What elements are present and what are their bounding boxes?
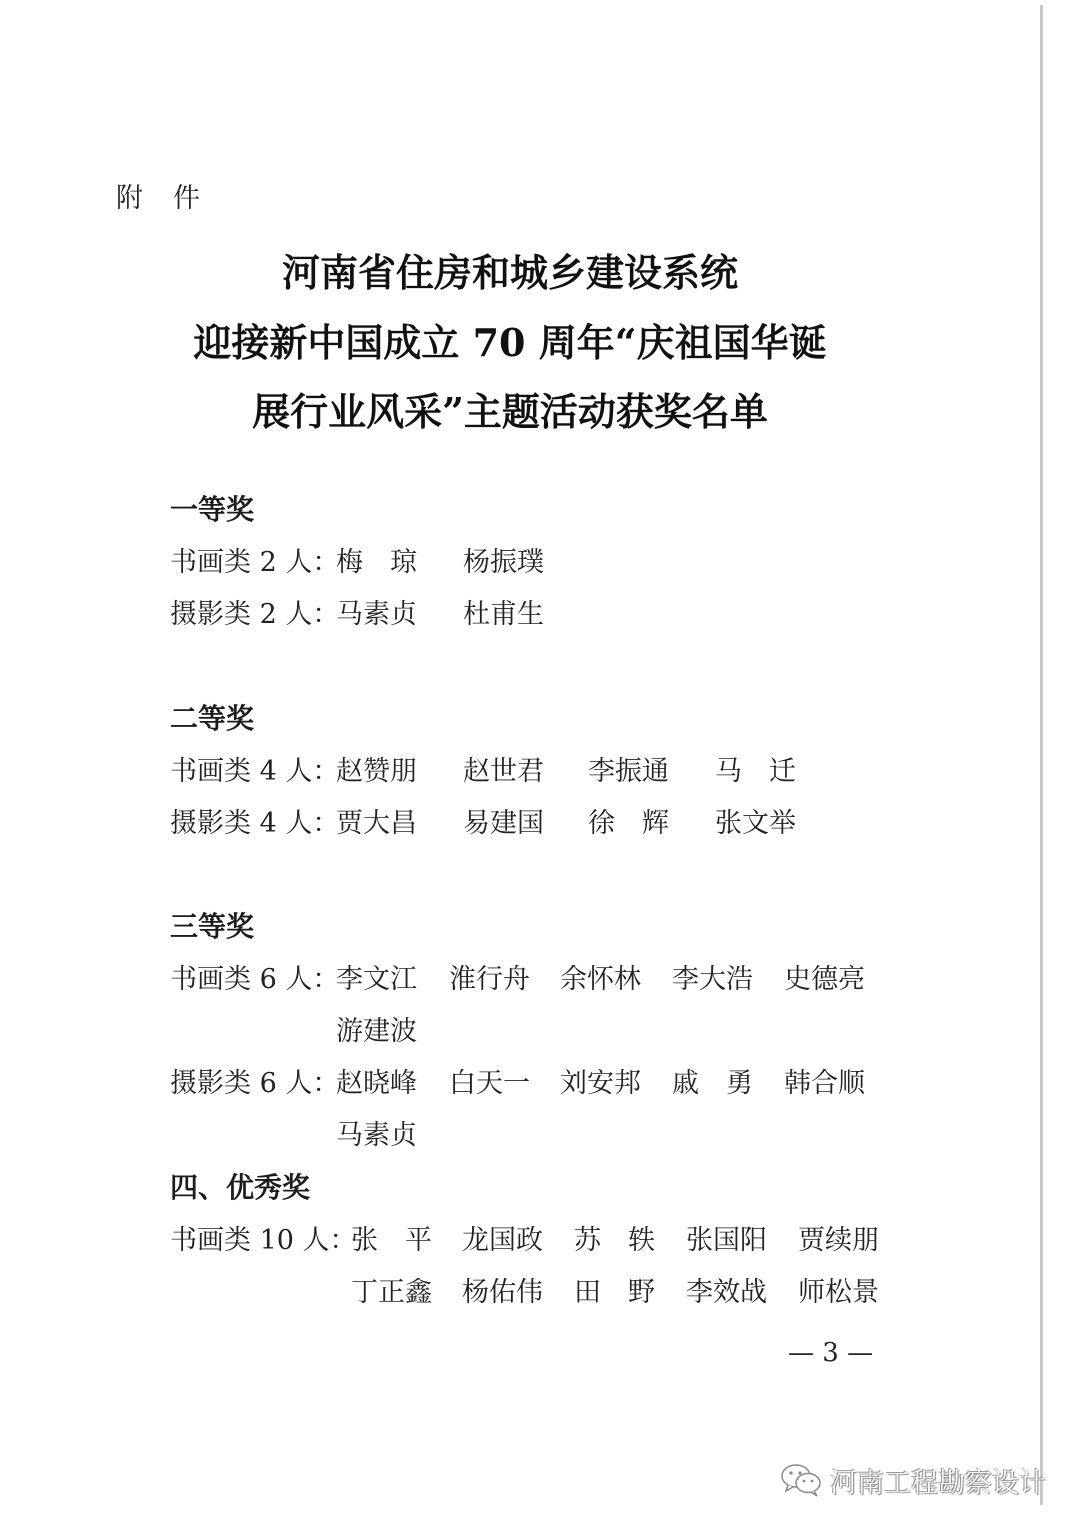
page-edge-line: [1040, 5, 1043, 1505]
watermark: 河南工程勘察设计: [780, 1460, 1046, 1500]
winner-name: 余怀林: [560, 957, 641, 996]
attachment-char-2: 件: [173, 176, 200, 215]
winner-name: 杜甫生: [463, 592, 544, 631]
winner-name: 田 野: [574, 1270, 655, 1309]
winner-name: 淮行舟: [449, 957, 530, 996]
winner-name: 赵赞朋: [336, 749, 417, 788]
category-label: 摄影类 6 人：: [170, 1061, 339, 1100]
winner-name: 马 迁: [715, 749, 796, 788]
section-heading-third-prize: 三等奖: [170, 905, 254, 945]
winner-name: 苏 轶: [574, 1218, 655, 1257]
winner-name: 赵晓峰: [336, 1061, 417, 1100]
page-number: — 3 —: [788, 1338, 873, 1368]
category-label: 摄影类 4 人：: [170, 801, 339, 840]
winner-name: 史德亮: [784, 957, 865, 996]
title-line-2: 迎接新中国成立 70 周年“庆祖国华诞: [0, 312, 1020, 367]
watermark-text: 河南工程勘察设计: [830, 1461, 1046, 1500]
section-heading-second-prize: 二等奖: [170, 697, 254, 737]
winner-name: 李效战: [686, 1270, 767, 1309]
winner-name: 李文江: [336, 957, 417, 996]
title-line-3: 展行业风采”主题活动获奖名单: [0, 381, 1020, 436]
category-label: 摄影类 2 人：: [170, 592, 339, 631]
winner-name: 梅 琼: [336, 540, 417, 579]
winner-name: 张文举: [715, 801, 796, 840]
category-label: 书画类 10 人：: [170, 1218, 357, 1257]
winner-name: 张国阳: [686, 1218, 767, 1257]
winner-name: 徐 辉: [588, 801, 669, 840]
winner-name: 马素贞: [336, 592, 417, 631]
section-heading-excellence-prize: 四、优秀奖: [170, 1166, 310, 1206]
wechat-icon: [780, 1462, 824, 1498]
winner-name: 张 平: [351, 1218, 432, 1257]
category-label: 书画类 2 人：: [170, 540, 339, 579]
winner-name: 贾大昌: [336, 801, 417, 840]
winner-name: 戚 勇: [672, 1061, 753, 1100]
category-label: 书画类 6 人：: [170, 957, 339, 996]
winner-name: 刘安邦: [560, 1061, 641, 1100]
winner-name: 游建波: [336, 1009, 417, 1048]
attachment-char-1: 附: [116, 176, 143, 215]
attachment-label: 附件: [116, 176, 200, 215]
section-heading-first-prize: 一等奖: [170, 488, 254, 528]
winner-name: 李振通: [588, 749, 669, 788]
winner-name: 韩合顺: [784, 1061, 865, 1100]
winner-name: 贾续朋: [798, 1218, 879, 1257]
winner-name: 龙国政: [462, 1218, 543, 1257]
winner-name: 易建国: [463, 801, 544, 840]
winner-name: 杨振璞: [463, 540, 544, 579]
winner-name: 丁正鑫: [351, 1270, 432, 1309]
winner-name: 李大浩: [672, 957, 753, 996]
winner-name: 白天一: [449, 1061, 530, 1100]
winner-name: 师松景: [798, 1270, 879, 1309]
winner-name: 赵世君: [463, 749, 544, 788]
category-label: 书画类 4 人：: [170, 749, 339, 788]
winner-name: 马素贞: [336, 1113, 417, 1152]
winner-name: 杨佑伟: [462, 1270, 543, 1309]
title-line-1: 河南省住房和城乡建设系统: [0, 242, 1020, 297]
